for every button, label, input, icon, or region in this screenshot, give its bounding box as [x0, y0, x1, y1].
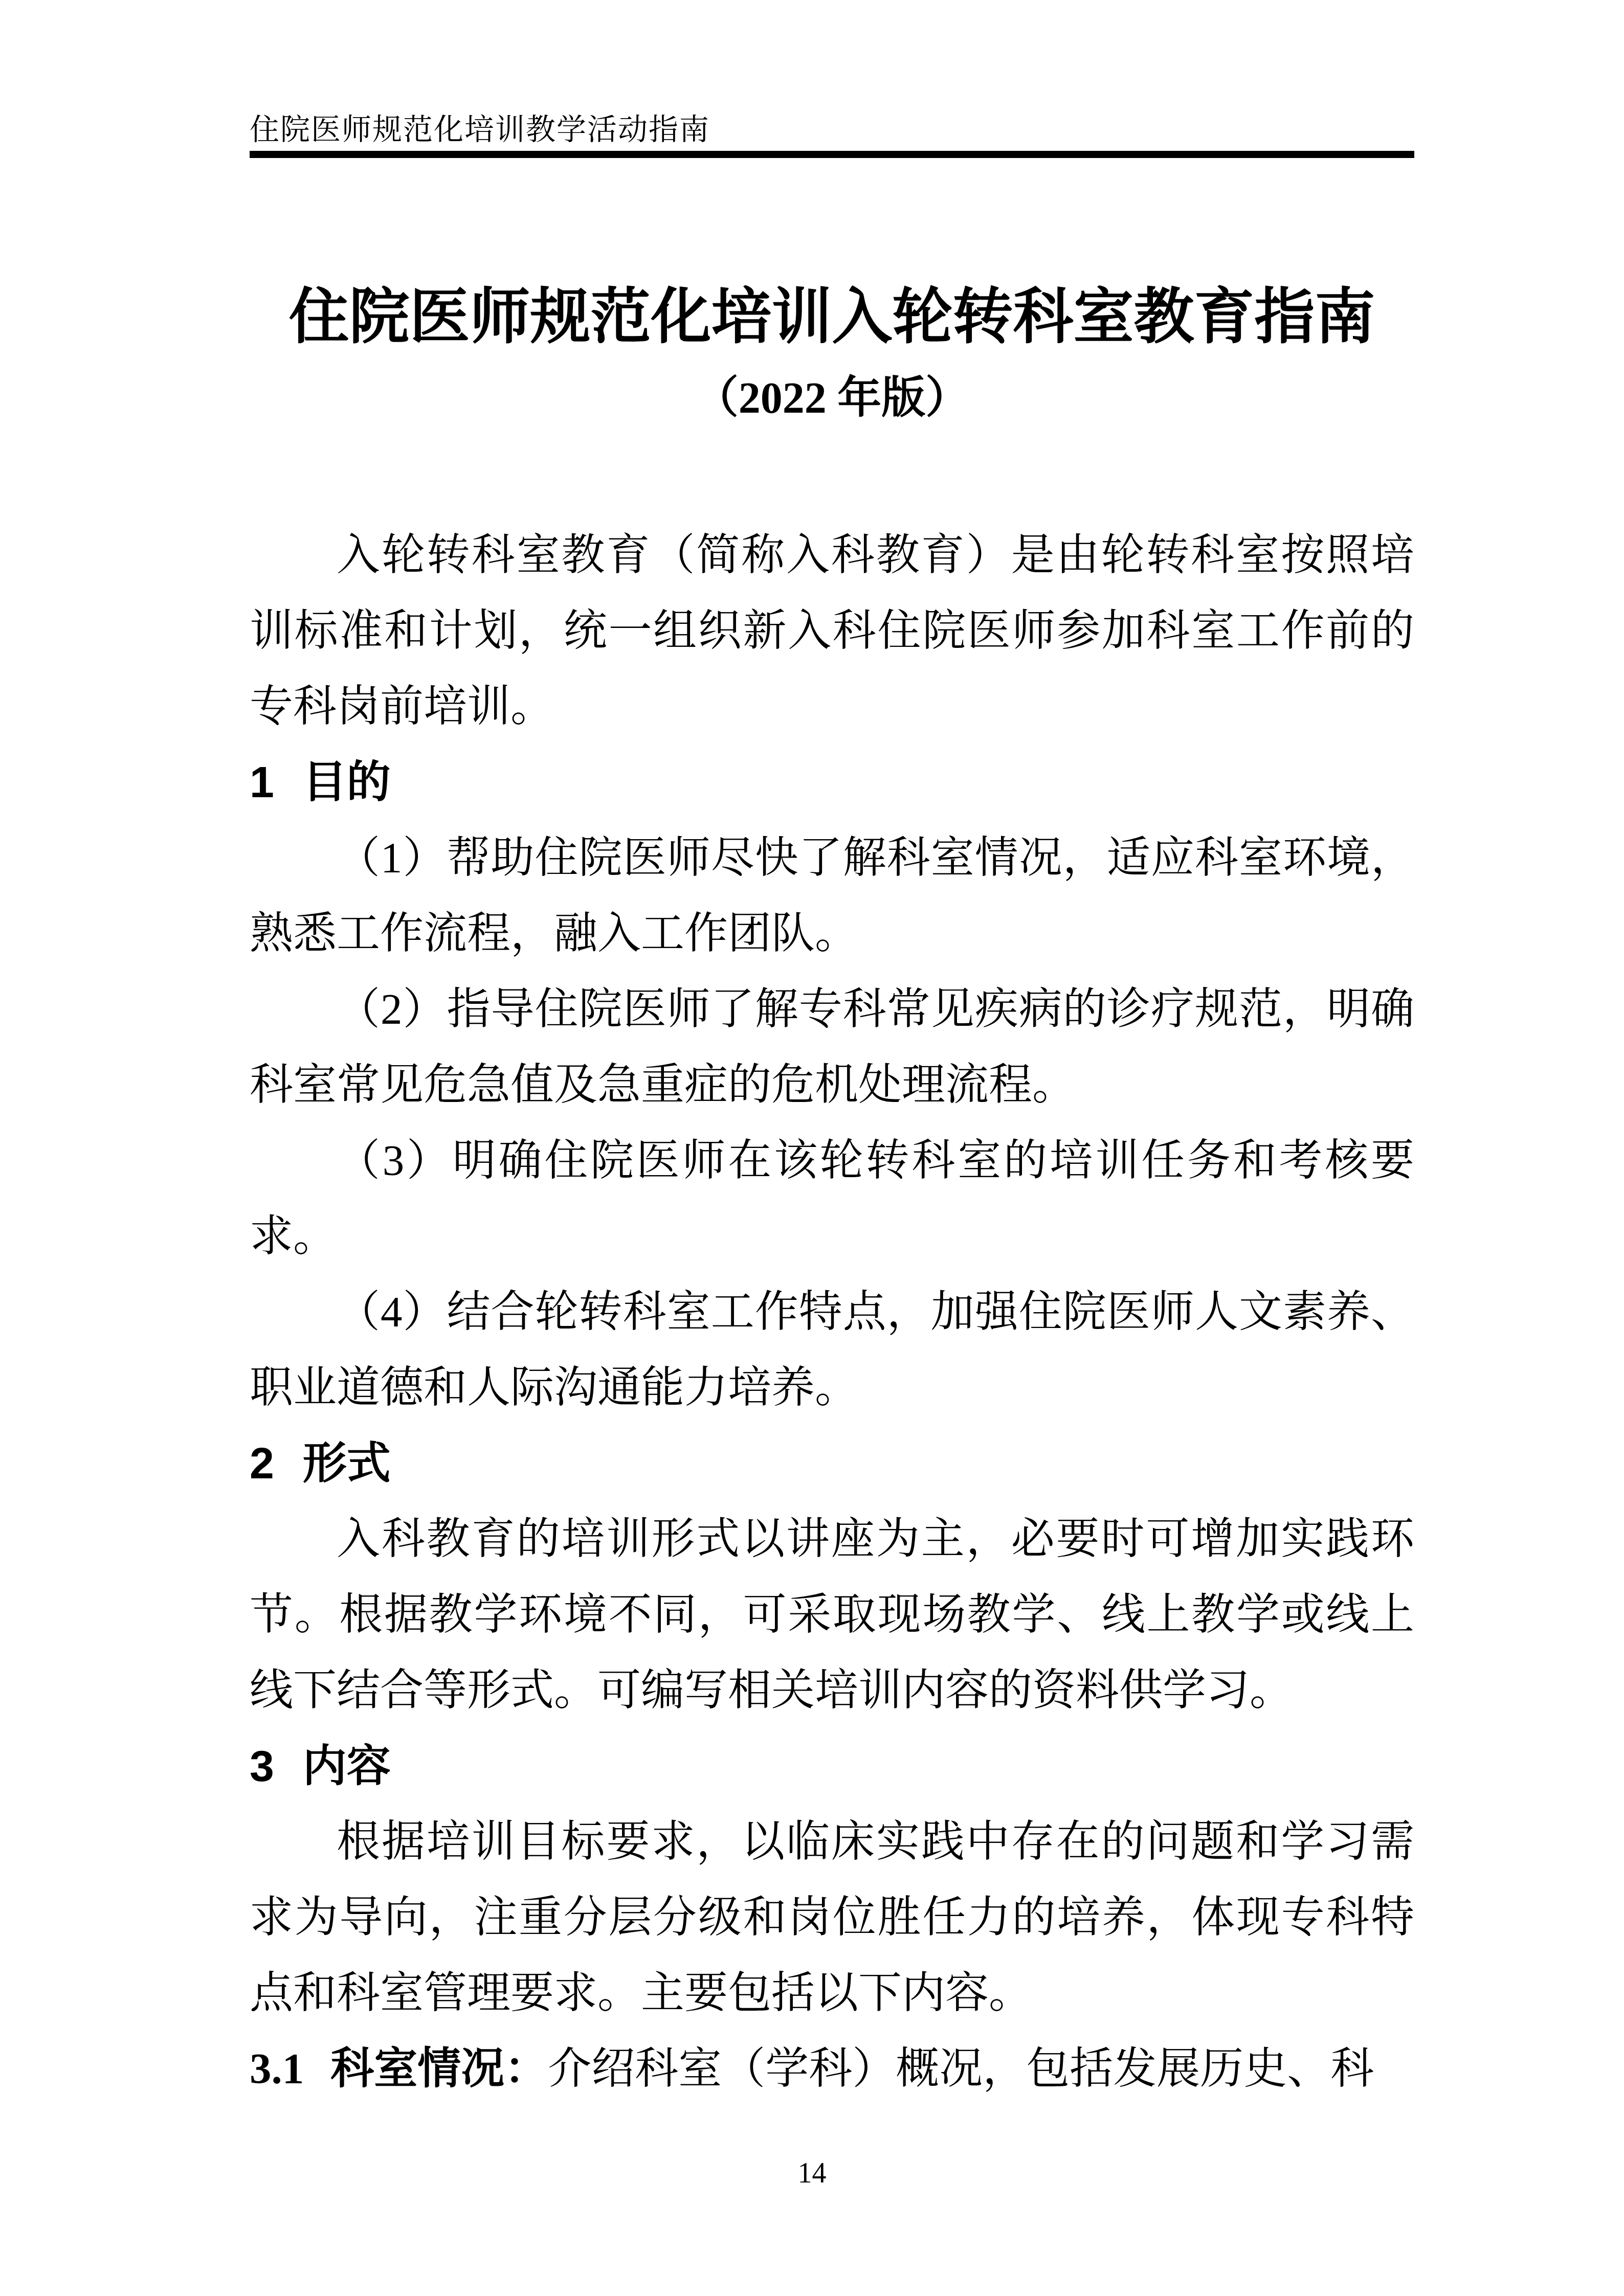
- header-title: 住院医师规范化培训教学活动指南: [250, 115, 1414, 145]
- doc-edition: （2022 年版）: [250, 371, 1414, 426]
- subsection-3-1: 3.1科室情况：介绍科室（学科）概况，包括发展历史、科: [250, 2031, 1414, 2107]
- section-1-label: 目的: [303, 758, 391, 807]
- subsection-3-1-text: 介绍科室（学科）概况，包括发展历史、科: [548, 2045, 1374, 2093]
- section-3-paragraph-1: 根据培训目标要求，以临床实践中存在的问题和学习需求为导向，注重分层分级和岗位胜任…: [250, 1804, 1414, 2031]
- header-rule: [250, 151, 1414, 158]
- document-page: 住院医师规范化培训教学活动指南 住院医师规范化培训入轮转科室教育指南 （2022…: [0, 0, 1624, 2296]
- subsection-3-1-label: 科室情况：: [330, 2045, 548, 2093]
- section-2-paragraph-1: 入科教育的培训形式以讲座为主，必要时可增加实践环节。根据教学环境不同，可采取现场…: [250, 1501, 1414, 1728]
- subsection-3-1-number: 3.1: [250, 2031, 304, 2107]
- page-header: 住院医师规范化培训教学活动指南: [250, 115, 1414, 158]
- section-3-number: 3: [250, 1728, 274, 1804]
- section-2-number: 2: [250, 1426, 274, 1501]
- section-2-label: 形式: [303, 1439, 391, 1488]
- doc-title: 住院医师规范化培训入轮转科室教育指南: [250, 280, 1414, 355]
- section-heading-1: 1目的: [250, 745, 1414, 820]
- section-1-paragraph-1: （1）帮助住院医师尽快了解科室情况，适应科室环境，熟悉工作流程，融入工作团队。: [250, 820, 1414, 972]
- section-1-paragraph-4: （4）结合轮转科室工作特点，加强住院医师人文素养、职业道德和人际沟通能力培养。: [250, 1274, 1414, 1426]
- section-1-paragraph-3: （3）明确住院医师在该轮转科室的培训任务和考核要求。: [250, 1123, 1414, 1274]
- section-heading-3: 3内容: [250, 1728, 1414, 1804]
- intro-paragraph: 入轮转科室教育（简称入科教育）是由轮转科室按照培训标准和计划，统一组织新入科住院…: [250, 517, 1414, 745]
- section-3-label: 内容: [303, 1742, 391, 1791]
- page-number: 14: [0, 2159, 1624, 2188]
- section-1-paragraph-2: （2）指导住院医师了解专科常见疾病的诊疗规范，明确科室常见危急值及急重症的危机处…: [250, 972, 1414, 1123]
- doc-body: 入轮转科室教育（简称入科教育）是由轮转科室按照培训标准和计划，统一组织新入科住院…: [250, 517, 1414, 2107]
- section-1-number: 1: [250, 745, 274, 820]
- section-heading-2: 2形式: [250, 1426, 1414, 1501]
